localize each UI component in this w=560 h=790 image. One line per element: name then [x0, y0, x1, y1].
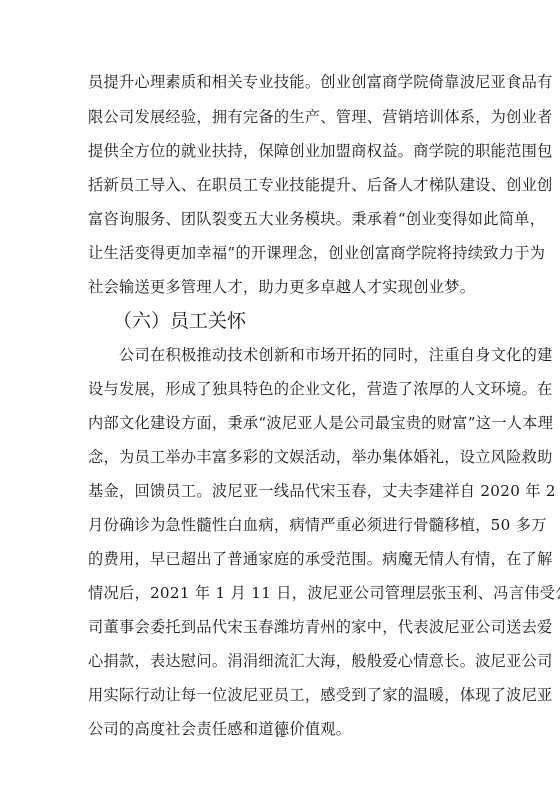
body-text-line: 员提升心理素质和相关专业技能。创业创富商学院倚靠波尼亚食品有 — [88, 72, 474, 92]
section-heading-employee-care: （六）员工关怀 — [113, 309, 246, 333]
body-text-line: 社会输送更多管理人才，助力更多卓越人才实现创业梦。 — [88, 277, 474, 297]
body-text-line: 富咨询服务、团队裂变五大业务模块。秉承着“创业变得如此简单， — [88, 209, 474, 229]
body-text-line: 括新员工导入、在职员工专业技能提升、后备人才梯队建设、创业创 — [88, 175, 474, 195]
document-page: 员提升心理素质和相关专业技能。创业创富商学院倚靠波尼亚食品有 限公司发展经验，拥… — [0, 0, 560, 790]
body-text-line: 基金，回馈员工。波尼亚一线品代宋玉春，丈夫李建祥自 2020 年 2 — [88, 481, 474, 501]
body-text-line: 用实际行动让每一位波尼亚员工，感受到了家的温暖，体现了波尼亚 — [88, 685, 474, 705]
body-text-line: 司董事会委托到品代宋玉春潍坊青州的家中，代表波尼亚公司送去爱 — [88, 617, 474, 637]
body-text-line: 设与发展，形成了独具特色的企业文化，营造了浓厚的人文环境。在 — [88, 379, 474, 399]
body-text-line: 内部文化建设方面，秉承“波尼亚人是公司最宝贵的财富”这一人本理 — [88, 413, 474, 433]
body-text-line: 公司在积极推动技术创新和市场开拓的同时，注重自身文化的建 — [119, 345, 474, 365]
body-text-line: 的费用，早已超出了普通家庭的承受范围。病魔无情人有情，在了解 — [88, 549, 474, 569]
body-text-line: 让生活变得更加幸福”的开课理念，创业创富商学院将持续致力于为 — [88, 243, 474, 263]
body-text-line: 心捐款，表达慰问。涓涓细流汇大海，般般爱心情意长。波尼亚公司 — [88, 651, 474, 671]
body-text-line: 限公司发展经验，拥有完备的生产、管理、营销培训体系，为创业者 — [88, 107, 474, 127]
body-text-line: 月份确诊为急性髓性白血病，病情严重必须进行骨髓移植，50 多万 — [88, 515, 474, 535]
body-text-line: 念，为员工举办丰富多彩的文娱活动，举办集体婚礼，设立风险救助 — [88, 447, 474, 467]
body-text-line: 提供全方位的就业扶持，保障创业加盟商权益。商学院的职能范围包 — [88, 141, 474, 161]
page-number: 12 — [0, 728, 560, 740]
body-text-line: 情况后，2021 年 1 月 11 日，波尼亚公司管理层张玉利、冯言伟受公 — [88, 583, 474, 603]
